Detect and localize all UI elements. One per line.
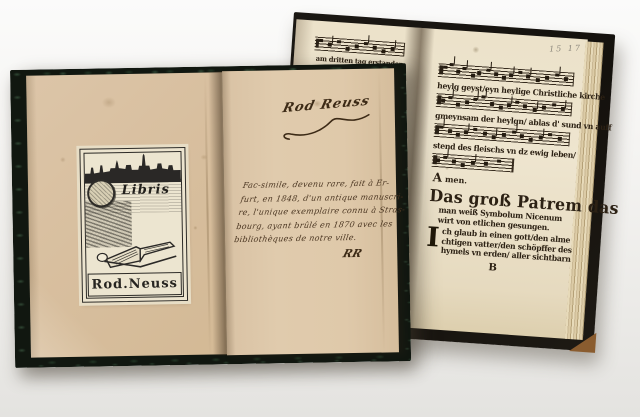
handwritten-note: Fac-simile, devenu rare, fait à Er- furt… [233,176,394,246]
left-book: Ex Libris Rod.Neuss [10,63,411,368]
photo-scene: am dritten tag erstanden 15 17 heylg gey… [0,0,640,417]
right-book-leather-corner [569,331,596,353]
pencil-page-numbers: 15 17 [549,43,582,53]
open-book-engraving [96,232,181,269]
amen-initial: A [432,171,442,184]
music-staff [432,153,514,173]
right-book-recto-page: 15 17 heylg geyst/eyn heylige Christlich… [414,29,587,339]
left-book-flyleaf-page: Rod Reuss Fac-simile, devenu rare, fait … [222,68,399,355]
bookplate-inner: Ex Libris Rod.Neuss [83,151,184,299]
owner-name: Rod.Neuss [91,276,178,293]
ex-libris-bookplate: Ex Libris Rod.Neuss [79,147,188,303]
signature-flourish [279,111,376,143]
amen-text: men. [445,175,468,186]
note-line: bourg, ayant brûlé en 1870 avec les [235,217,387,233]
note-initials: RR [341,247,363,260]
owner-name-box: Rod.Neuss [88,272,182,297]
left-book-pastedown-page: Ex Libris Rod.Neuss [26,72,227,357]
note-line: bibliothèques de notre ville. [233,230,385,246]
